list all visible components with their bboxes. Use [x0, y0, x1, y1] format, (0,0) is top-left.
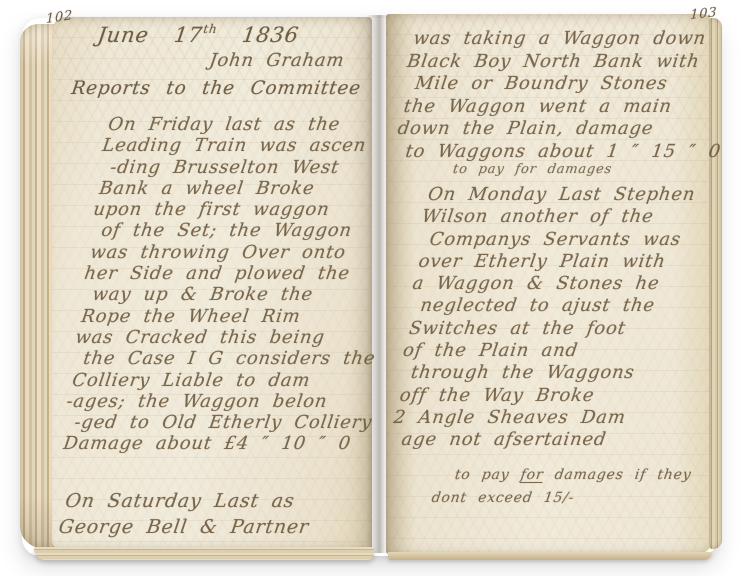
handwritten-line: through the Waggons [409, 362, 724, 384]
page-number-103: 103 [690, 5, 718, 23]
handwritten-line: Damage about £4 ″ 10 ″ 0 [62, 433, 373, 454]
footnote-line1-pre: to pay [454, 467, 522, 483]
footnote-underlined-word: for [520, 467, 545, 483]
handwritten-line: the Waggon went a main [402, 96, 723, 119]
signature: John Graham [208, 50, 346, 71]
handwritten-line: upon the first waggon [92, 199, 406, 220]
handwritten-line: off the Way Broke [398, 385, 721, 407]
handwritten-line: of the Set; the Waggon [100, 220, 403, 241]
handwritten-line: Black Boy North Bank with [406, 51, 730, 74]
handwritten-line: 2 Angle Sheaves Dam [392, 407, 718, 429]
handwritten-line: Rope the Wheel Rim [80, 306, 391, 327]
left-page-entry-saturday: On Saturday Last asGeorge Bell & Partner [60, 488, 314, 540]
footnote-line-2: dont exceed 15/- [430, 487, 690, 510]
footnote-line-1: to pay for damages if they [453, 464, 693, 487]
handwritten-line: On Monday Last Stephen [426, 184, 741, 206]
handwritten-line: On Friday last as the [107, 114, 418, 135]
handwritten-line: to Waggons about 1 ″ 15 ″ 0 [404, 141, 717, 164]
handwritten-line: -ged to Old Etherly Colliery [73, 412, 376, 433]
manuscript-photo: 102 June 17th 1836 John Graham Reports t… [0, 0, 741, 576]
date-day: June 17 [96, 23, 204, 47]
handwritten-line: Bank a wheel Broke [98, 178, 409, 199]
handwritten-line: Companys Servants was [428, 229, 741, 251]
handwritten-line: Leading Train was ascen [101, 135, 415, 156]
right-page-entry-continuation: was taking a Waggon downBlack Boy North … [396, 28, 733, 163]
entry-date: June 17th 1836 [96, 22, 301, 47]
damages-footnote: to pay for damages if they dont exceed 1… [430, 464, 693, 510]
handwritten-line: Mile or Boundry Stones [413, 73, 726, 96]
handwritten-line: Switches at the foot [408, 318, 731, 340]
bottom-page-edges-left [34, 547, 374, 560]
bottom-page-edges-right [388, 552, 712, 560]
handwritten-line: down the Plain, damage [396, 118, 720, 141]
handwritten-line: was Cracked this being [74, 327, 388, 348]
date-ordinal-suffix: th [202, 22, 218, 36]
report-title: Reports to the Committee [70, 78, 362, 99]
left-page-entry-friday: On Friday last as theLeading Train was a… [62, 114, 418, 455]
handwritten-line: was throwing Over onto [89, 242, 400, 263]
handwritten-line: way up & Broke the [91, 284, 394, 305]
handwritten-line: -ding Brusselton West [109, 157, 412, 178]
handwritten-line: On Saturday Last as [64, 488, 315, 514]
handwritten-line: Wilson another of the [420, 206, 741, 228]
handwritten-line: the Case I G considers the [82, 348, 385, 369]
handwritten-line: age not afsertained [400, 429, 715, 451]
interline-damages-note: to pay for damages [452, 162, 613, 177]
handwritten-line: George Bell & Partner [57, 514, 311, 540]
right-page-entry-monday: On Monday Last StephenWilson another of … [392, 184, 741, 452]
handwritten-line: neglected to ajust the [419, 295, 734, 317]
footnote-line1-post: damages if they [542, 467, 692, 483]
date-year: 1836 [241, 23, 301, 47]
handwritten-line: her Side and plowed the [83, 263, 397, 284]
handwritten-line: of the Plain and [402, 340, 728, 362]
handwritten-line: over Etherly Plain with [417, 251, 740, 273]
handwritten-line: was taking a Waggon down [412, 28, 733, 51]
handwritten-line: Colliery Liable to dam [71, 370, 382, 391]
handwritten-line: -ages; the Waggon belon [65, 391, 379, 412]
handwritten-line: a Waggon & Stones he [411, 273, 737, 295]
